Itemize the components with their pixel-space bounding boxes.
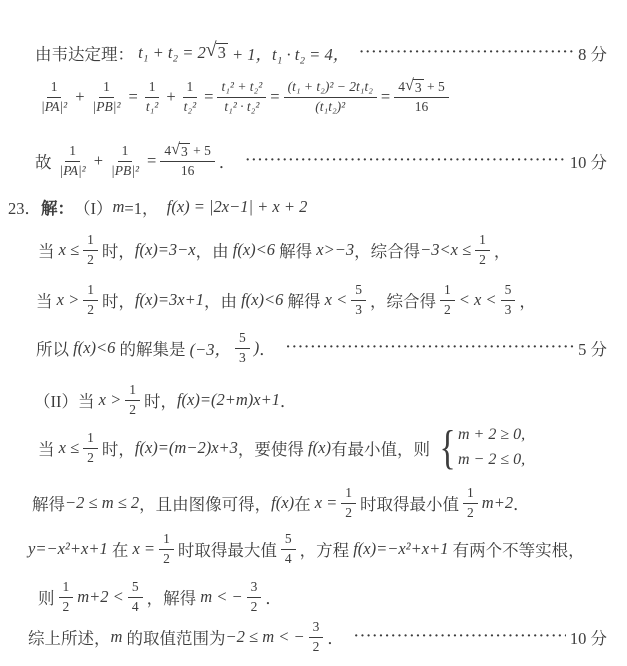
- text-run: 2: [345, 505, 352, 521]
- text-run: ，由: [204, 288, 241, 312]
- math-sqrt: √3: [171, 143, 190, 160]
- math-sqrt: √3: [405, 79, 424, 96]
- math-run: −2 ≤ m ≤ 2: [65, 493, 139, 513]
- math-run: m: [113, 197, 125, 217]
- math-fraction: 12: [159, 529, 174, 568]
- math-run: (t₁ + t₂)² − 2t₁t₂: [288, 79, 373, 95]
- fraction-numerator: 5: [351, 280, 366, 300]
- math-run: f(x)=3−x: [135, 240, 196, 260]
- fraction-numerator: 1: [83, 280, 98, 300]
- text-run: ．: [265, 585, 282, 609]
- math-fraction: 1|PB|²: [89, 77, 125, 116]
- text-run: 1: [129, 382, 136, 398]
- math-run: f(x): [308, 438, 331, 458]
- math-run: f(x)<6: [233, 240, 275, 260]
- text-run: 3: [251, 579, 258, 595]
- text-run: 时，: [102, 238, 135, 262]
- fraction-numerator: 5: [235, 328, 250, 348]
- math-run: x ≤: [59, 240, 80, 260]
- text-run: 2: [63, 599, 70, 615]
- text-run: 的解集是: [115, 336, 189, 360]
- fraction-denominator: 2: [83, 301, 98, 320]
- fraction-numerator: 1: [125, 380, 140, 400]
- math-run: x >: [57, 290, 80, 310]
- text-run: 16: [181, 163, 195, 179]
- radicand: 3: [216, 43, 228, 63]
- text-run: 3: [505, 302, 512, 318]
- text-run: 解得: [283, 288, 324, 312]
- fraction-numerator: 4√3 + 5: [394, 77, 449, 98]
- text-run: 5: [239, 330, 246, 346]
- text-run: 在: [108, 537, 133, 561]
- text-run: 1: [187, 79, 194, 95]
- math-run: f(x)=(2+m)x+1: [177, 390, 280, 410]
- score-label: 10 分: [570, 625, 607, 649]
- text-run: 有两个不等实根，: [448, 537, 584, 561]
- text-run: 1: [467, 485, 474, 501]
- final-answer-line: 综上所述，m 的取值范围为−2 ≤ m < −32．··············…: [28, 614, 607, 660]
- fraction-numerator: 1: [83, 428, 98, 448]
- fraction-denominator: 2: [309, 638, 324, 657]
- math-fraction: 12: [83, 280, 98, 319]
- fraction-denominator: |PA|²: [37, 98, 71, 117]
- math-fraction: 1t₁²: [142, 77, 163, 116]
- fraction-numerator: 1: [47, 77, 62, 97]
- text-run: 23．: [8, 195, 41, 219]
- fraction-numerator: 1: [341, 483, 356, 503]
- case-x-leq-half-line: 当 x ≤12时，f(x)=3−x，由 f(x)<6 解得 x>−3，综合得−3…: [38, 227, 510, 273]
- math-fraction: 12: [475, 230, 490, 269]
- fraction-denominator: |PA|²: [56, 162, 90, 181]
- text-run: 1: [63, 579, 70, 595]
- case-x-gt-half-line: 当 x >12时，f(x)=3x+1，由 f(x)<6 解得 x <53，综合得…: [36, 277, 536, 323]
- fraction-numerator: 1: [118, 141, 133, 161]
- math-run: f(x)=(m−2)x+3: [135, 438, 238, 458]
- text-run: + 5: [190, 143, 211, 159]
- fraction-numerator: 3: [309, 617, 324, 637]
- fraction-numerator: 5: [128, 577, 143, 597]
- math-run: |PB|²: [93, 99, 121, 115]
- fraction-denominator: t₁²: [142, 98, 163, 117]
- text-run: ．: [219, 149, 236, 173]
- text-run: 5: [355, 282, 362, 298]
- text-run: 4: [164, 143, 171, 159]
- text-run: （I）: [74, 195, 113, 219]
- min-condition-line: 当 x ≤12时，f(x)=(m−2)x+3，要使得 f(x)有最小值，则{m …: [38, 416, 525, 480]
- radical-sign-icon: √: [405, 77, 414, 93]
- fraction-denominator: 16: [177, 162, 199, 181]
- fraction-numerator: 1: [65, 141, 80, 161]
- fraction-numerator: 4√3 + 5: [160, 141, 215, 162]
- text-run: 1: [444, 282, 451, 298]
- fraction-sum-expansion-line: 1|PA|²+1|PB|²=1t₁²+1t₂²=t₁² + t₂²t₁² · t…: [33, 74, 453, 120]
- text-run: ．: [280, 388, 297, 412]
- cases-rows: m + 2 ≥ 0,m − 2 ≤ 0,: [458, 423, 525, 473]
- text-run: ．: [259, 336, 276, 360]
- fraction-numerator: 1: [183, 77, 198, 97]
- math-fraction: 12: [440, 280, 455, 319]
- score-label: 8 分: [578, 41, 607, 65]
- math-fraction: 53: [235, 328, 250, 367]
- dot-leader: ········································…: [359, 45, 574, 61]
- problem-23-part1-line: 23．解：（I）m=1， f(x) = |2x−1| + x + 2: [8, 184, 307, 230]
- text-run: 1: [149, 79, 156, 95]
- text-run: 3: [239, 350, 246, 366]
- text-run: 的取值范围为: [122, 625, 225, 649]
- text-run: 在: [294, 491, 315, 515]
- math-fraction: 12: [463, 483, 478, 522]
- text-run: 时，: [102, 288, 135, 312]
- fraction-numerator: (t₁ + t₂)² − 2t₁t₂: [284, 77, 377, 97]
- text-run: 1: [103, 79, 110, 95]
- document-page: 由韦达定理： t₁ + t₂ = 2√3 + 1，t₁ · t₂ = 4，···…: [0, 0, 627, 666]
- text-run: =: [204, 87, 213, 107]
- radical-sign-icon: √: [171, 141, 180, 157]
- text-run: 1: [122, 143, 129, 159]
- left-brace-icon: {: [439, 424, 455, 472]
- text-run: 5: [132, 579, 139, 595]
- text-run: ，方程: [300, 537, 354, 561]
- text-run: 2: [444, 302, 451, 318]
- text-run: ，且由图像可得，: [139, 491, 271, 515]
- text-run: ，综合得: [370, 288, 436, 312]
- math-fraction: 54: [281, 529, 296, 568]
- text-run: 解得: [275, 238, 316, 262]
- fraction-denominator: |PB|²: [107, 162, 143, 181]
- math-run: t₁² · t₂²: [224, 99, 259, 115]
- min-value-line: 解得−2 ≤ m ≤ 2，且由图像可得，f(x)在 x =12时取得最小值12m…: [32, 480, 530, 526]
- text-run: ，: [519, 288, 536, 312]
- text-run: 故: [35, 149, 52, 173]
- math-run: m: [111, 627, 123, 647]
- fraction-denominator: 2: [83, 449, 98, 468]
- text-run: 2: [87, 252, 94, 268]
- fraction-numerator: 1: [59, 577, 74, 597]
- text-run: =1，: [124, 195, 166, 219]
- math-run: |PB|²: [111, 163, 139, 179]
- fraction-numerator: t₁² + t₂²: [217, 77, 266, 97]
- math-run: m < −: [200, 587, 242, 607]
- math-run: f(x): [271, 493, 294, 513]
- fraction-denominator: t₂²: [180, 98, 201, 117]
- fraction-denominator: 2: [440, 301, 455, 320]
- fraction-denominator: t₁² · t₂²: [220, 98, 263, 117]
- fraction-denominator: 2: [341, 504, 356, 523]
- fraction-numerator: 1: [99, 77, 114, 97]
- text-run: + 5: [424, 79, 445, 95]
- math-run: x ≤: [59, 438, 80, 458]
- math-run: x>−3: [316, 240, 354, 260]
- math-fraction: 1|PA|²: [37, 77, 71, 116]
- math-run: |PA|²: [60, 163, 86, 179]
- fraction-denominator: 3: [351, 301, 366, 320]
- math-fraction: 4√3 + 516: [394, 77, 449, 117]
- text-run: 当: [36, 288, 57, 312]
- math-fraction: 53: [501, 280, 516, 319]
- case-row: m + 2 ≥ 0,: [458, 423, 525, 448]
- text-run: 5: [505, 282, 512, 298]
- text-run: 时取得最小值: [360, 491, 459, 515]
- fraction-denominator: 2: [463, 504, 478, 523]
- text-run: =: [270, 87, 279, 107]
- fraction-denominator: 4: [281, 550, 296, 569]
- math-fraction: t₁² + t₂²t₁² · t₂²: [217, 77, 266, 116]
- text-run: 1: [87, 232, 94, 248]
- math-run: −3<x ≤: [420, 240, 471, 260]
- math-fraction: (t₁ + t₂)² − 2t₁t₂(t₁t₂)²: [284, 77, 377, 116]
- text-run: 解得: [32, 491, 65, 515]
- math-run: x =: [315, 493, 338, 513]
- math-fraction: 32: [309, 617, 324, 656]
- text-run: 4: [132, 599, 139, 615]
- math-fraction: 1|PA|²: [56, 141, 90, 180]
- fraction-denominator: 3: [501, 301, 516, 320]
- text-run: 综上所述，: [28, 625, 111, 649]
- math-run: x <: [325, 290, 348, 310]
- text-run: 由韦达定理：: [35, 41, 138, 65]
- case-row: m − 2 ≤ 0,: [458, 448, 525, 473]
- math-run: f(x)=−x²+x+1: [353, 539, 448, 559]
- text-run: =: [129, 87, 138, 107]
- text-run: =: [381, 87, 390, 107]
- text-run: 4: [285, 551, 292, 567]
- text-run: 1: [345, 485, 352, 501]
- math-fraction: 4√3 + 516: [160, 141, 215, 181]
- text-run: 则: [38, 585, 55, 609]
- math-run: m+2 <: [77, 587, 124, 607]
- math-run: t₁² + t₂²: [221, 79, 262, 95]
- fraction-denominator: 16: [411, 98, 433, 117]
- text-run: 4: [398, 79, 405, 95]
- text-run: 1: [87, 430, 94, 446]
- text-run: ，要使得: [238, 436, 308, 460]
- fraction-numerator: 1: [440, 280, 455, 300]
- radicand: 3: [413, 79, 424, 96]
- text-run: 1: [479, 232, 486, 248]
- score-label: 5 分: [578, 336, 607, 360]
- text-run: 2: [479, 252, 486, 268]
- fraction-denominator: 2: [83, 251, 98, 270]
- fraction-numerator: 1: [463, 483, 478, 503]
- text-run: +: [75, 87, 84, 107]
- fraction-numerator: 3: [247, 577, 262, 597]
- dot-leader: ········································…: [245, 153, 566, 169]
- text-run: 5: [285, 531, 292, 547]
- math-run: f(x)<6: [241, 290, 283, 310]
- math-run: f(x) = |2x−1| + x + 2: [167, 197, 308, 217]
- solution-set-line: 所以 f(x)<6 的解集是 (−3，53)．·················…: [36, 325, 607, 371]
- text-run: =: [147, 151, 156, 171]
- fraction-numerator: 1: [159, 529, 174, 549]
- text-run: ．: [327, 625, 344, 649]
- math-fraction: 12: [59, 577, 74, 616]
- text-run: ，解得: [147, 585, 201, 609]
- math-run: x =: [132, 539, 155, 559]
- text-run: 16: [415, 99, 429, 115]
- text-run: 2: [251, 599, 258, 615]
- radicand: 3: [179, 143, 190, 160]
- text-run: 当: [38, 436, 59, 460]
- math-run: f(x)=3x+1: [135, 290, 204, 310]
- text-run: ．: [513, 491, 530, 515]
- radical-sign-icon: √: [206, 41, 217, 61]
- vieta-theorem-line: 由韦达定理： t₁ + t₂ = 2√3 + 1，t₁ · t₂ = 4，···…: [35, 30, 607, 76]
- math-run: |PA|²: [41, 99, 67, 115]
- text-run: 时，: [102, 436, 135, 460]
- math-run: (t₁t₂)²: [315, 99, 345, 115]
- math-run: + 1，t₁ · t₂ = 4，: [228, 41, 349, 65]
- text-run: 2: [467, 505, 474, 521]
- math-fraction: 53: [351, 280, 366, 319]
- fraction-denominator: 3: [235, 349, 250, 368]
- text-run: ，综合得: [354, 238, 420, 262]
- math-run: y=−x²+x+1: [28, 539, 108, 559]
- math-fraction: 12: [83, 230, 98, 269]
- text-run: 2: [87, 302, 94, 318]
- math-run: f(x)<6: [73, 338, 115, 358]
- cases-system: {m + 2 ≥ 0,m − 2 ≤ 0,: [436, 423, 525, 473]
- text-run: 3: [355, 302, 362, 318]
- fraction-numerator: 1: [83, 230, 98, 250]
- score-label: 10 分: [570, 149, 607, 173]
- text-run: （II）当: [34, 388, 99, 412]
- math-run: < x <: [459, 290, 497, 310]
- math-run: t₂²: [184, 99, 197, 115]
- dot-leader: ········································…: [286, 340, 574, 356]
- math-sqrt: √3: [206, 43, 228, 63]
- text-run: +: [166, 87, 175, 107]
- math-run: t₁²: [146, 99, 159, 115]
- bold-text-run: 解：: [41, 195, 74, 219]
- text-run: 1: [51, 79, 58, 95]
- math-run: t₁ + t₂ = 2: [138, 43, 206, 63]
- fraction-numerator: 5: [281, 529, 296, 549]
- text-run: 所以: [36, 336, 73, 360]
- math-fraction: 54: [128, 577, 143, 616]
- math-fraction: 1t₂²: [180, 77, 201, 116]
- math-run: m+2: [482, 493, 513, 513]
- dot-leader: ········································…: [354, 629, 566, 645]
- text-run: +: [94, 151, 103, 171]
- fraction-denominator: 2: [159, 550, 174, 569]
- text-run: 有最小值，则: [331, 436, 430, 460]
- fraction-numerator: 1: [475, 230, 490, 250]
- text-run: 1: [69, 143, 76, 159]
- text-run: 1: [163, 531, 170, 547]
- math-run: −2 ≤ m < −: [226, 627, 305, 647]
- conclusion-fraction-line: 故1|PA|²+1|PB|²=4√3 + 516．···············…: [35, 138, 607, 184]
- text-run: 2: [313, 639, 320, 655]
- math-fraction: 12: [125, 380, 140, 419]
- text-run: 当: [38, 238, 59, 262]
- math-run: (−3，: [190, 336, 231, 360]
- math-fraction: 12: [83, 428, 98, 467]
- text-run: 3: [313, 619, 320, 635]
- text-run: 时取得最大值: [178, 537, 277, 561]
- text-run: ，: [494, 238, 511, 262]
- fraction-denominator: (t₁t₂)²: [311, 98, 349, 117]
- text-run: 1: [87, 282, 94, 298]
- math-fraction: 12: [341, 483, 356, 522]
- text-run: 2: [163, 551, 170, 567]
- math-run: x >: [99, 390, 122, 410]
- text-run: ，由: [196, 238, 233, 262]
- text-run: 2: [87, 450, 94, 466]
- fraction-numerator: 5: [501, 280, 516, 300]
- math-fraction: 32: [247, 577, 262, 616]
- math-fraction: 1|PB|²: [107, 141, 143, 180]
- fraction-numerator: 1: [145, 77, 160, 97]
- max-value-line: y=−x²+x+1 在 x =12时取得最大值54，方程 f(x)=−x²+x+…: [28, 526, 585, 572]
- text-run: 时，: [144, 388, 177, 412]
- fraction-denominator: 2: [475, 251, 490, 270]
- fraction-denominator: |PB|²: [89, 98, 125, 117]
